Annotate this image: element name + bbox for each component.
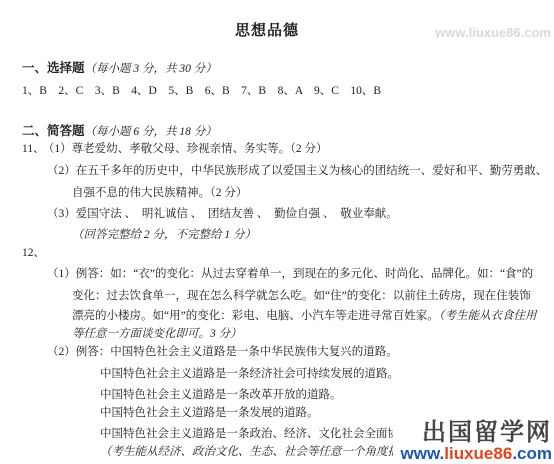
choice-section-heading: 一、选择题（每小题 3 分，共 30 分） bbox=[22, 61, 217, 77]
q11-number: 11、 bbox=[22, 143, 45, 155]
q12-part1-line3: 漂亮的小楼房。如“用”的变化：彩电、电脑、小汽车等走进寻常百姓家。（考生能从衣食… bbox=[72, 309, 536, 324]
q12-part1-line1: （1）例答：如：“衣”的变化：从过去穿着单一，到现在的多元化、时尚化、品牌化。如… bbox=[47, 267, 533, 282]
q12-number: 12、 bbox=[22, 246, 45, 261]
document-page: 思想品德 www.liuxue86.com 一、选择题（每小题 3 分，共 30… bbox=[0, 0, 554, 464]
q11-part3-note: （回答完整给 2 分，不完整给 1 分） bbox=[72, 228, 256, 243]
short-section-heading: 二、简答题（每小题 6 分，共 18 分） bbox=[22, 124, 217, 140]
watermark-url-prefix: www. bbox=[401, 444, 445, 463]
q12-part1-line3-main: 漂亮的小楼房。如“用”的变化：彩电、电脑、小汽车等走进寻常百姓家。 bbox=[72, 310, 439, 322]
q12-part1-line3-note: （考生能从衣食住用 bbox=[439, 310, 537, 322]
q12-part1-line2: 变化：过去饮食单一，现在怎么科学就怎么吃。如“住”的变化：以前住土砖房，现在住装… bbox=[72, 289, 531, 304]
q12-part1-line4-note: 等任意一方面谈变化即可。3 分） bbox=[72, 327, 242, 342]
choice-answers-line: 1、B 2、C 3、B 4、D 5、B 6、B 7、B 8、A 9、C 10、B bbox=[22, 84, 381, 99]
watermark-site-url: www.liuxue86.com bbox=[401, 445, 553, 463]
q11-part2-line2: 自强不息的伟大民族精神。（2 分） bbox=[72, 186, 247, 201]
q11-part3-line: （3）爱国守法 、 明礼诚信 、 团结友善 、 勤俭自强 、 敬业奉献。 bbox=[47, 207, 398, 222]
choice-heading-note: （每小题 3 分，共 30 分） bbox=[85, 63, 217, 75]
q12-part2-line3: 中国特色社会主义道路是一条改革开放的道路。 bbox=[100, 388, 342, 403]
q11-part2-line1: （2）在五千多年的历史中，中华民族形成了以爱国主义为核心的团结统一、爱好和平、勤… bbox=[47, 164, 547, 179]
watermark-url-top: www.liuxue86.com bbox=[435, 25, 551, 40]
short-heading-text: 二、简答题 bbox=[22, 124, 85, 138]
choice-heading-text: 一、选择题 bbox=[22, 61, 85, 75]
q12-part2-line1: （2）例答：中国特色社会主义道路是一条中华民族伟大复兴的道路。 bbox=[47, 345, 398, 360]
q12-part2-line4: 中国特色社会主义道路是一条发展的道路。 bbox=[100, 406, 319, 421]
q12-part2-line2: 中国特色社会主义道路是一条经济社会可持续发展的道路。 bbox=[100, 367, 399, 382]
watermark-url-suffix: .com bbox=[512, 444, 552, 463]
short-heading-note: （每小题 6 分，共 18 分） bbox=[85, 126, 217, 138]
q11-part1-line: 11、（1）尊老爱幼、孝敬父母、珍视亲情、务实等。（2 分） bbox=[22, 142, 327, 157]
q11-part1: （1）尊老爱幼、孝敬父母、珍视亲情、务实等。（2 分） bbox=[49, 143, 328, 155]
watermark-site-name: 出国留学网 bbox=[401, 420, 553, 445]
watermark-bottom: 出国留学网 www.liuxue86.com bbox=[393, 418, 554, 464]
watermark-url-domain: liuxue86 bbox=[444, 444, 512, 463]
